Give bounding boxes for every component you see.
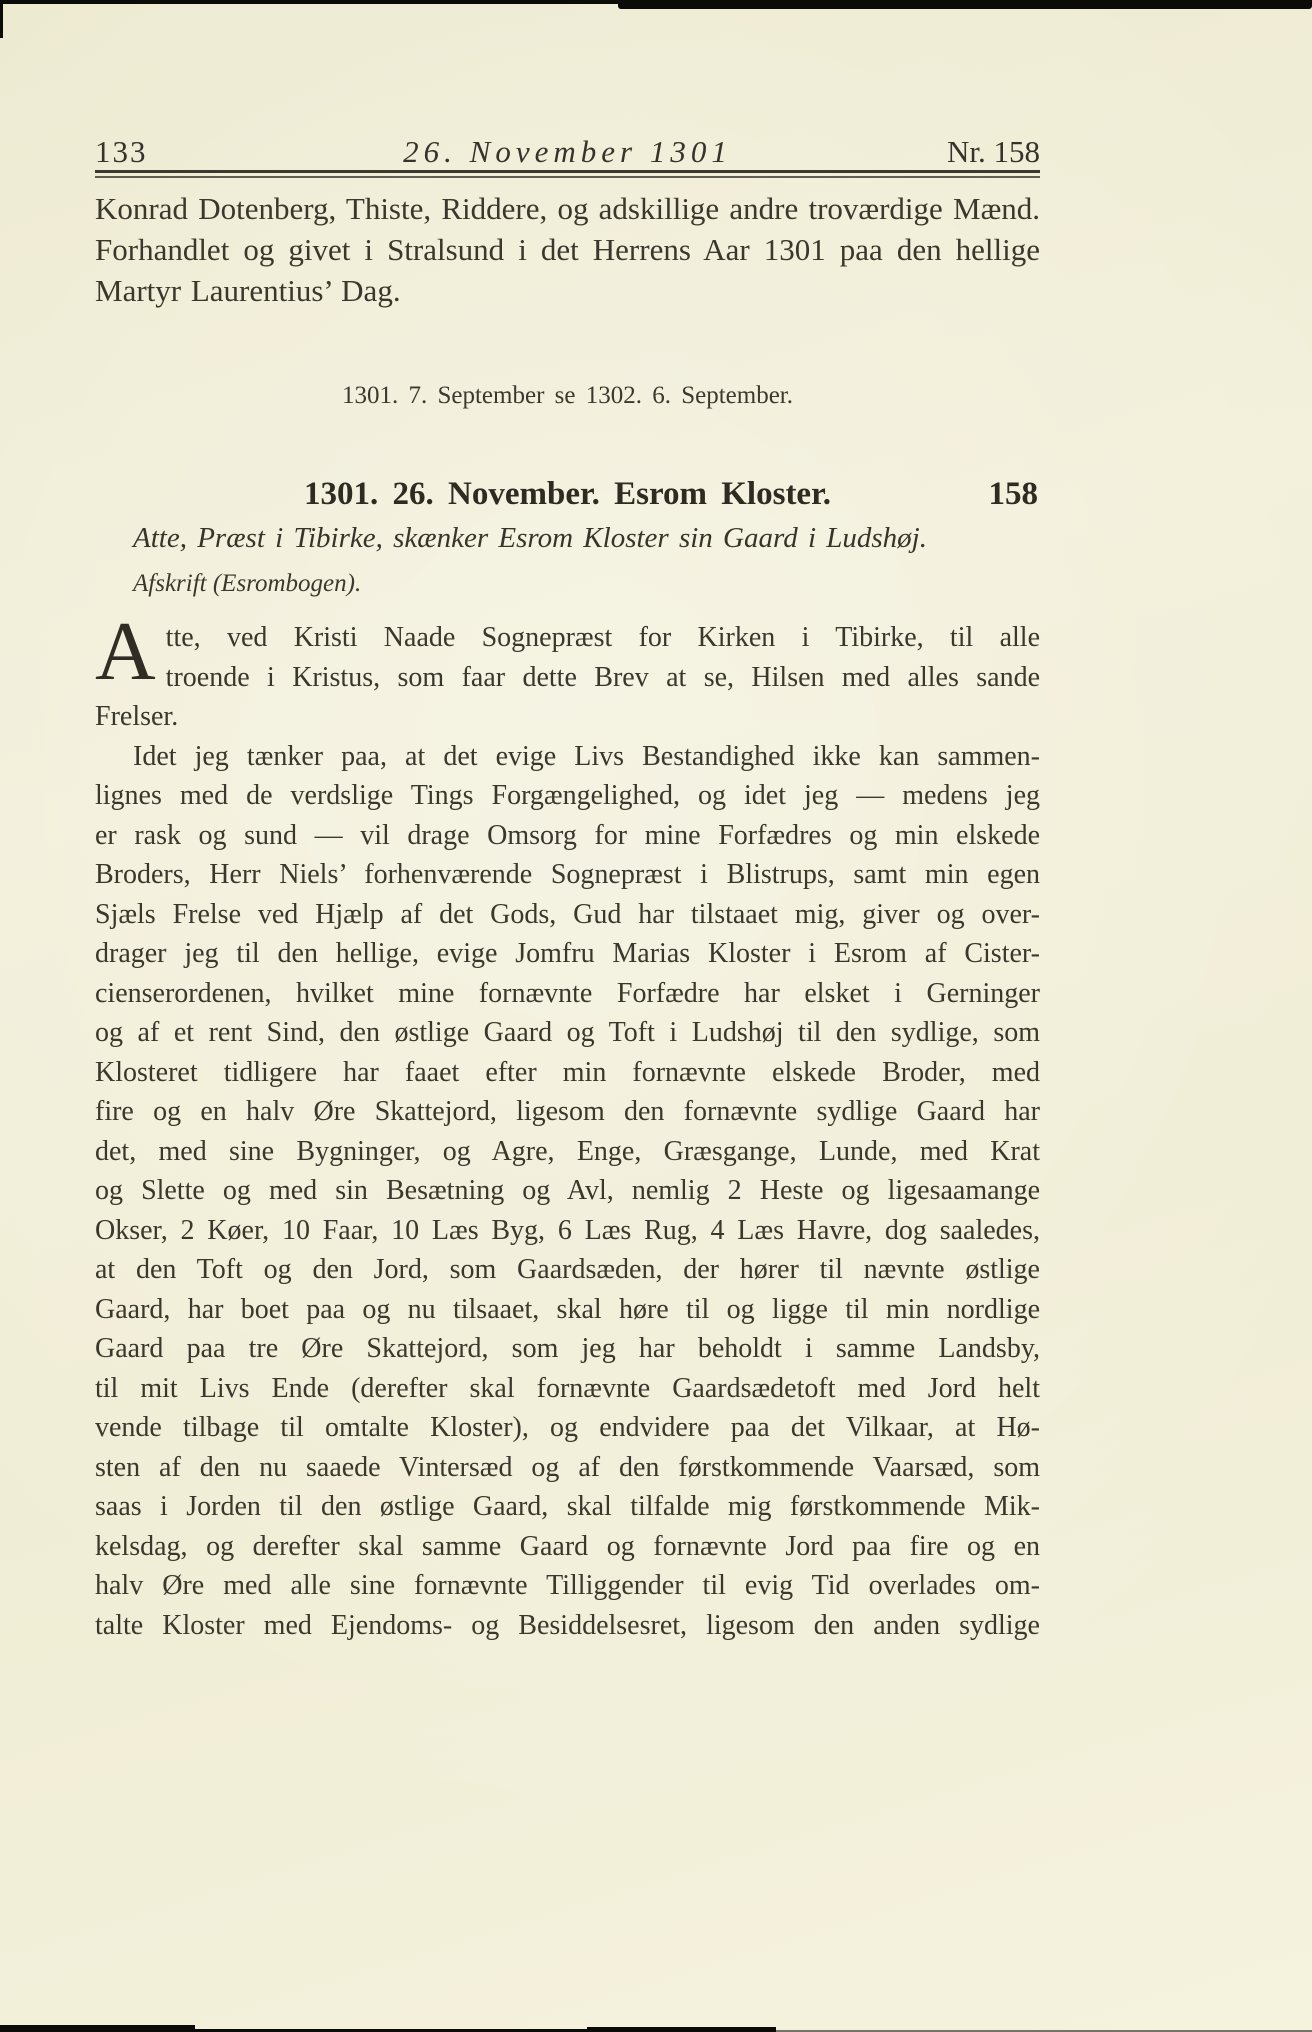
running-title: 26. November 1301 <box>403 136 732 167</box>
scan-edge-left <box>0 0 3 38</box>
text-line: saas i Jorden til den østlige Gaard, ska… <box>95 1487 1040 1527</box>
text-line: er rask og sund — vil drage Omsorg for m… <box>95 816 1040 856</box>
text-line: Okser, 2 Køer, 10 Faar, 10 Læs Byg, 6 Læ… <box>95 1211 1040 1251</box>
scan-edge-bottom-3 <box>587 2027 776 2032</box>
text-line: lignes med de verdslige Tings Forgængeli… <box>95 776 1040 816</box>
text-line: fire og en halv Øre Skattejord, ligesom … <box>95 1092 1040 1132</box>
scan-edge-bottom-1 <box>0 2025 195 2032</box>
text-line: det, med sine Bygninger, og Agre, Enge, … <box>95 1132 1040 1172</box>
text-line: Gaard, har boet paa og nu tilsaaet, skal… <box>95 1290 1040 1330</box>
text-line: vende tilbage til omtalte Kloster), og e… <box>95 1408 1040 1448</box>
text-line: kelsdag, og derefter skal samme Gaard og… <box>95 1527 1040 1567</box>
text-line: Konrad Dotenberg, Thiste, Riddere, og ad… <box>95 188 1040 229</box>
entry-number-label: Nr. 158 <box>947 136 1040 167</box>
entry-heading-text: 1301. 26. November. Esrom Kloster. <box>304 476 831 512</box>
intro-paragraph: Konrad Dotenberg, Thiste, Riddere, og ad… <box>95 188 1040 311</box>
entry-summary: Atte, Præst i Tibirke, skænker Esrom Klo… <box>95 522 1040 555</box>
text-line: tte, ved Kristi Naade Sognepræst for Kir… <box>95 618 1040 658</box>
scan-edge-top-right <box>618 0 1312 9</box>
text-line: Frelser. <box>95 697 1040 737</box>
header-rule-thin <box>95 176 1040 178</box>
text-line: og Slette og med sin Besætning og Avl, n… <box>95 1171 1040 1211</box>
cross-reference: 1301. 7. September se 1302. 6. September… <box>95 382 1040 410</box>
entry-heading-number: 158 <box>989 476 1039 512</box>
text-line: Sjæls Frelse ved Hjælp af det Gods, Gud … <box>95 895 1040 935</box>
scanned-book-page: 133 26. November 1301 Nr. 158 Konrad Dot… <box>0 0 1312 2032</box>
text-line: halv Øre med alle sine fornævnte Tilligg… <box>95 1566 1040 1606</box>
text-line: Martyr Laurentius’ Dag. <box>95 270 1040 311</box>
text-line: drager jeg til den hellige, evige Jomfru… <box>95 934 1040 974</box>
text-line: troende i Kristus, som faar dette Brev a… <box>95 658 1040 698</box>
text-line: Klosteret tidligere har faaet efter min … <box>95 1053 1040 1093</box>
entry-heading: 1301. 26. November. Esrom Kloster. 158 <box>95 476 1040 512</box>
source-note: Afskrift (Esrombogen). <box>95 570 1040 598</box>
running-header: 133 26. November 1301 Nr. 158 <box>95 136 1040 172</box>
text-line: Forhandlet og givet i Stralsund i det He… <box>95 229 1040 270</box>
drop-cap: A <box>95 614 156 690</box>
text-line: til mit Livs Ende (derefter skal fornævn… <box>95 1369 1040 1409</box>
text-line: og af et rent Sind, den østlige Gaard og… <box>95 1013 1040 1053</box>
text-line: sten af den nu saaede Vintersæd og af de… <box>95 1448 1040 1488</box>
page-number: 133 <box>95 136 148 167</box>
text-line: talte Kloster med Ejendoms- og Besiddels… <box>95 1606 1040 1646</box>
text-line: at den Toft og den Jord, som Gaardsæden,… <box>95 1250 1040 1290</box>
text-line: Idet jeg tænker paa, at det evige Livs B… <box>95 737 1040 777</box>
entry-body: A tte, ved Kristi Naade Sognepræst for K… <box>95 618 1040 1645</box>
text-line: Gaard paa tre Øre Skattejord, som jeg ha… <box>95 1329 1040 1369</box>
text-line: cienserordenen, hvilket mine fornævnte F… <box>95 974 1040 1014</box>
text-line: Broders, Herr Niels’ forhenværende Sogne… <box>95 855 1040 895</box>
header-rule-thick <box>95 170 1040 173</box>
